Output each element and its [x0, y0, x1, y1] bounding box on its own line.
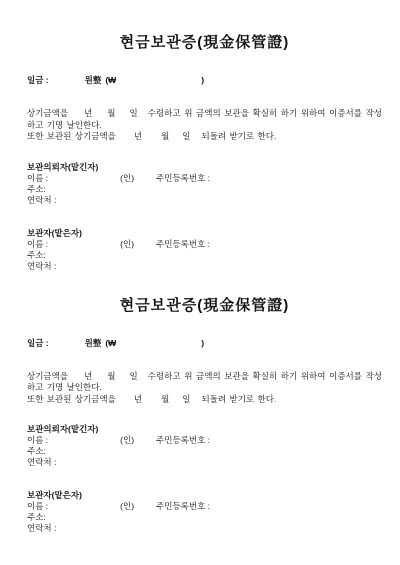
receipt-title: 현금보관증(現金保管證) — [27, 296, 382, 316]
spacer — [134, 246, 156, 247]
declaration-text-end: 수령하고 위 금액의 보관을 확실히 하기 위하여 이증서를 작성하고 기명 날… — [27, 108, 382, 130]
custodian-address-line: 주소: — [27, 512, 382, 523]
depositor-contact-line: 연락처 : — [27, 195, 382, 206]
return-text-start: 또한 보관된 상기금액을 — [27, 394, 116, 404]
day-blank — [169, 401, 182, 402]
amount-number-blank — [116, 82, 201, 83]
receipt-title: 현금보관증(現金保管證) — [27, 33, 382, 53]
declaration-sentence-1: 상기금액을년월일수령하고 위 금액의 보관을 확실히 하기 위하여 이증서를 작… — [27, 108, 382, 131]
year-blank — [68, 115, 84, 116]
custodian-heading: 보관자(맡은자) — [27, 490, 382, 501]
depositor-heading: 보관의뢰자(맡긴자) — [27, 162, 382, 173]
spacer — [134, 180, 156, 181]
amount-paren-close: ) — [201, 75, 204, 85]
depositor-heading: 보관의뢰자(맡긴자) — [27, 424, 382, 435]
name-label: 이름 : — [27, 239, 48, 249]
name-label: 이름 : — [27, 435, 48, 445]
spacer — [191, 401, 202, 402]
spacer — [191, 138, 202, 139]
month-label: 월 — [107, 108, 115, 118]
return-sentence: 또한 보관된 상기금액을년월일되돌려 받기로 한다. — [27, 131, 382, 143]
month-blank — [142, 401, 161, 402]
return-text-end: 되돌려 받기로 한다. — [202, 394, 277, 404]
declaration-text-end: 수령하고 위 금액의 보관을 확실히 하기 위하여 이증서를 작성하고 기명 날… — [27, 371, 382, 393]
name-blank — [48, 442, 120, 443]
amount-paren-open: (₩ — [105, 75, 116, 85]
seal-label: (인) — [120, 239, 134, 249]
name-label: 이름 : — [27, 173, 48, 183]
return-text-end: 되돌려 받기로 한다. — [202, 131, 277, 141]
depositor-address-line: 주소: — [27, 184, 382, 195]
depositor-address-line: 주소: — [27, 446, 382, 457]
depositor-section: 보관의뢰자(맡긴자) 이름 :(인)주민등록번호 : 주소: 연락처 : — [27, 424, 382, 468]
name-blank — [48, 180, 120, 181]
year-blank — [116, 401, 134, 402]
year-label: 년 — [134, 394, 142, 404]
month-blank — [142, 138, 161, 139]
amount-paren-close: ) — [201, 338, 204, 348]
spacer — [134, 442, 156, 443]
seal-label: (인) — [120, 173, 134, 183]
depositor-contact-line: 연락처 : — [27, 457, 382, 468]
day-label: 일 — [130, 371, 138, 381]
depositor-name-line: 이름 :(인)주민등록번호 : — [27, 173, 382, 184]
day-blank — [169, 138, 182, 139]
day-label: 일 — [130, 108, 138, 118]
amount-paren-open: (₩ — [105, 338, 116, 348]
month-label: 월 — [161, 394, 169, 404]
custodian-section: 보관자(맡은자) 이름 :(인)주민등록번호 : 주소: 연락처 : — [27, 490, 382, 534]
custodian-contact-line: 연락처 : — [27, 523, 382, 534]
name-blank — [48, 508, 120, 509]
year-blank — [68, 378, 84, 379]
custodian-name-line: 이름 :(인)주민등록번호 : — [27, 239, 382, 250]
document-page: 현금보관증(現金保管證) 일금 :원整(₩) 상기금액을년월일수령하고 위 금액… — [0, 0, 400, 565]
id-number-label: 주민등록번호 : — [156, 239, 210, 249]
name-label: 이름 : — [27, 501, 48, 511]
declaration-block: 상기금액을년월일수령하고 위 금액의 보관을 확실히 하기 위하여 이증서를 작… — [27, 371, 382, 406]
year-label: 년 — [84, 108, 92, 118]
day-blank — [116, 115, 130, 116]
amount-line: 일금 :원整(₩) — [27, 338, 382, 348]
declaration-block: 상기금액을년월일수령하고 위 금액의 보관을 확실히 하기 위하여 이증서를 작… — [27, 108, 382, 143]
amount-currency: 원整 — [85, 75, 102, 85]
declaration-text-start: 상기금액을 — [27, 108, 68, 118]
spacer — [138, 378, 148, 379]
year-label: 년 — [134, 131, 142, 141]
depositor-name-line: 이름 :(인)주민등록번호 : — [27, 435, 382, 446]
day-blank — [116, 378, 130, 379]
custodian-name-line: 이름 :(인)주민등록번호 : — [27, 501, 382, 512]
receipt-copy-2: 현금보관증(現金保管證) 일금 :원整(₩) 상기금액을년월일수령하고 위 금액… — [27, 296, 382, 535]
seal-label: (인) — [120, 501, 134, 511]
amount-currency: 원整 — [85, 338, 102, 348]
amount-number-blank — [116, 345, 201, 346]
amount-label: 일금 : — [27, 75, 49, 85]
declaration-sentence-1: 상기금액을년월일수령하고 위 금액의 보관을 확실히 하기 위하여 이증서를 작… — [27, 371, 382, 394]
amount-value-blank — [49, 82, 85, 83]
return-sentence: 또한 보관된 상기금액을년월일되돌려 받기로 한다. — [27, 394, 382, 406]
name-blank — [48, 246, 120, 247]
day-label: 일 — [182, 131, 190, 141]
id-number-label: 주민등록번호 : — [156, 501, 210, 511]
id-number-label: 주민등록번호 : — [156, 435, 210, 445]
seal-label: (인) — [120, 435, 134, 445]
spacer — [134, 508, 156, 509]
month-label: 월 — [161, 131, 169, 141]
month-label: 월 — [107, 371, 115, 381]
amount-line: 일금 :원整(₩) — [27, 75, 382, 85]
amount-value-blank — [49, 345, 85, 346]
year-blank — [116, 138, 134, 139]
amount-label: 일금 : — [27, 338, 49, 348]
id-number-label: 주민등록번호 : — [156, 173, 210, 183]
day-label: 일 — [182, 394, 190, 404]
year-label: 년 — [84, 371, 92, 381]
receipt-copy-1: 현금보관증(現金保管證) 일금 :원整(₩) 상기금액을년월일수령하고 위 금액… — [27, 33, 382, 272]
custodian-heading: 보관자(맡은자) — [27, 228, 382, 239]
month-blank — [92, 378, 107, 379]
custodian-address-line: 주소: — [27, 250, 382, 261]
return-text-start: 또한 보관된 상기금액을 — [27, 131, 116, 141]
declaration-text-start: 상기금액을 — [27, 371, 68, 381]
custodian-section: 보관자(맡은자) 이름 :(인)주민등록번호 : 주소: 연락처 : — [27, 228, 382, 272]
custodian-contact-line: 연락처 : — [27, 261, 382, 272]
depositor-section: 보관의뢰자(맡긴자) 이름 :(인)주민등록번호 : 주소: 연락처 : — [27, 162, 382, 206]
spacer — [138, 115, 148, 116]
month-blank — [92, 115, 107, 116]
